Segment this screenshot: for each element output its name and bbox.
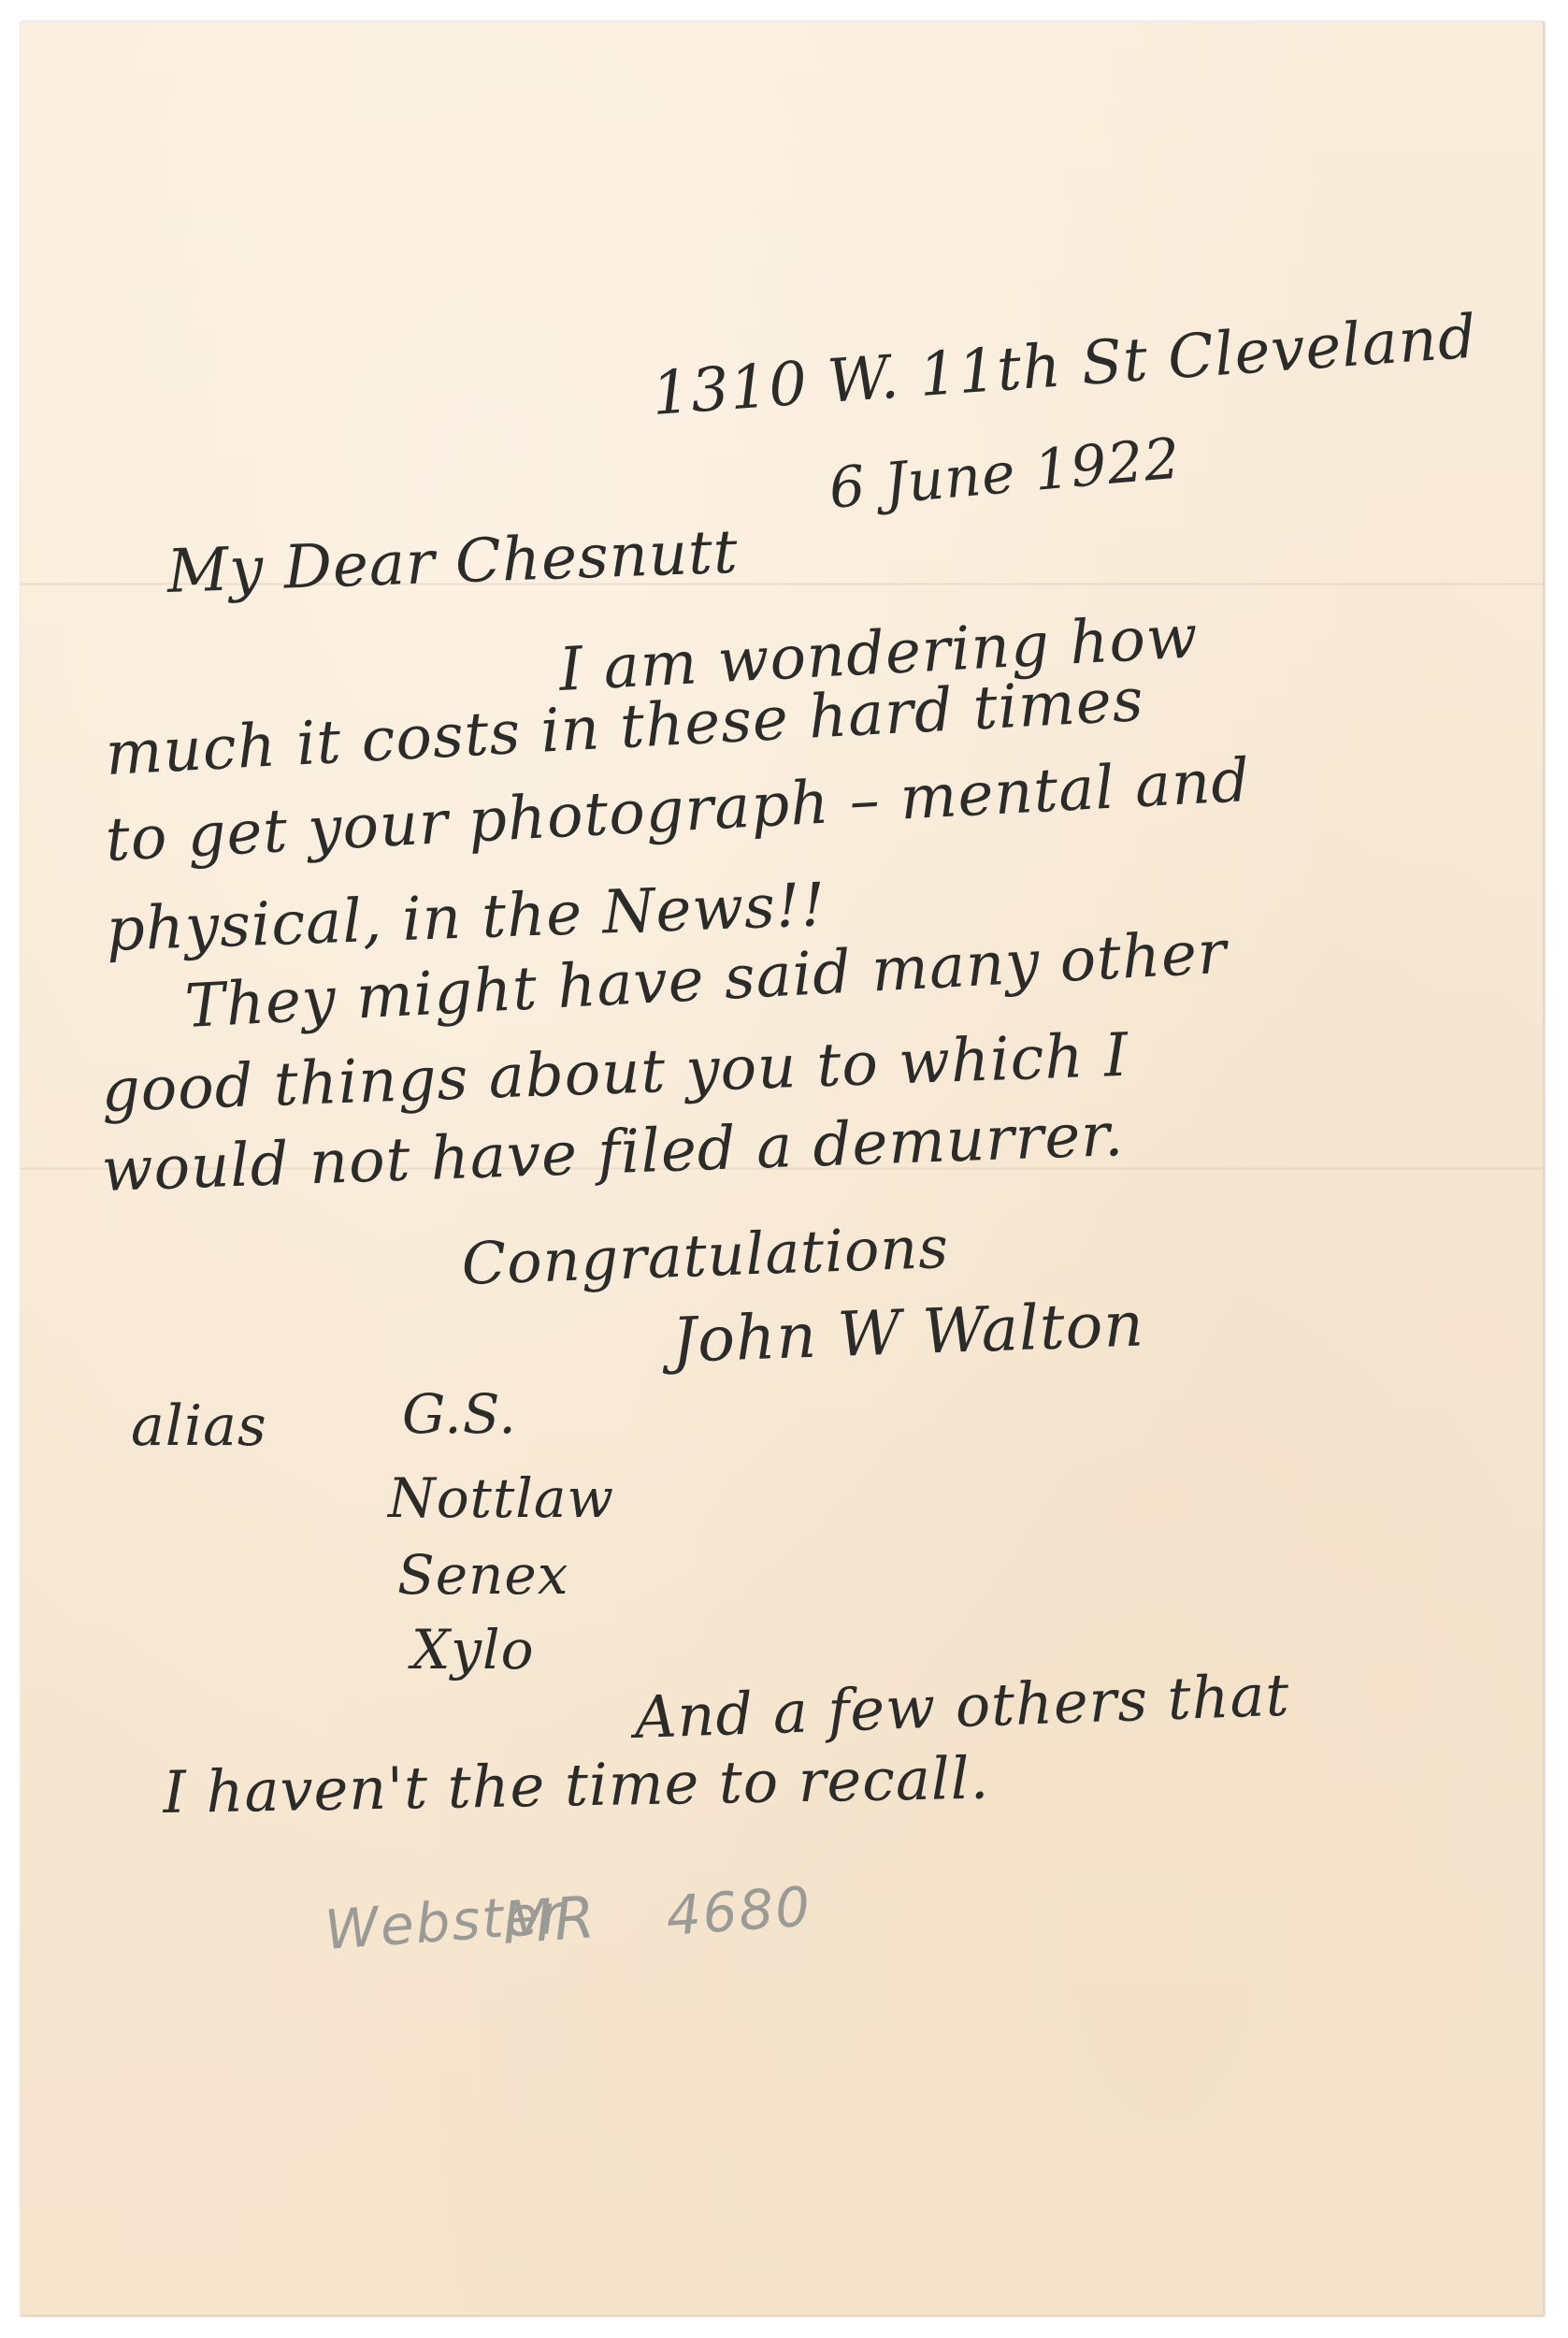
alias-item: Xylo [411,1618,535,1681]
pencil-annotation-number: 4680 [664,1874,813,1948]
pencil-annotation-mark: MR [500,1883,598,1957]
alias-label: alias [131,1393,267,1459]
alias-item: Nottlaw [388,1466,614,1530]
alias-item: Senex [397,1543,568,1607]
alias-item: G.S. [402,1382,517,1446]
postscript-line: I haven't the time to recall. [163,1744,990,1826]
